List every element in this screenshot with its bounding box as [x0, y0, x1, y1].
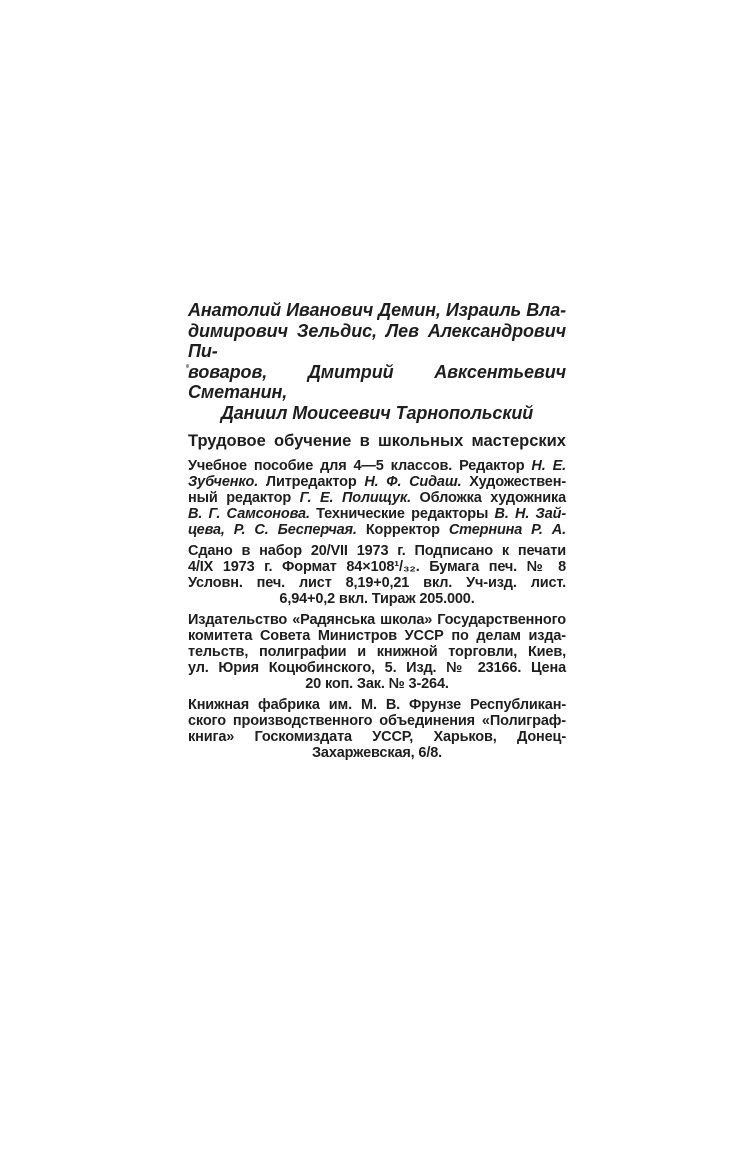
text-segment: Издательство «Радянська школа» Государст… — [188, 612, 566, 628]
italic-name-text: Г. Е. Полищук. — [300, 490, 411, 506]
title-word: обучение — [274, 432, 351, 450]
text-line: Трудовоеобучениевшкольныхмастерских — [188, 432, 566, 450]
edition-editors-paragraph: Учебное пособие для 4—5 классов. Редакто… — [188, 458, 566, 538]
print-data-paragraph: Сдано в набор 20/VII 1973 г. Подписано к… — [188, 543, 566, 607]
text-segment: Захаржевская, 6/8. — [312, 745, 442, 761]
text-segment: 20 коп. Зак. № 3-264. — [305, 676, 449, 692]
text-line: Учебное пособие для 4—5 классов. Редакто… — [188, 458, 566, 474]
text-segment: книга» Госкомиздата УССР, Харьков, Донец… — [188, 729, 566, 745]
italic-name-text: Н. Е. — [531, 458, 566, 474]
text-segment: Технические редакторы — [310, 506, 495, 522]
authors-paragraph: Анатолий Иванович Демин, Израиль Вла-дим… — [188, 300, 566, 423]
italic-name-text: цева, Р. С. Бесперчая. — [188, 522, 357, 538]
text-segment: Художествен- — [461, 474, 566, 490]
text-segment: Учебное пособие для 4—5 классов. Редакто… — [188, 458, 531, 474]
italic-name-text: В. Н. Зай- — [495, 506, 566, 522]
text-segment: ского производственного объединения «Пол… — [188, 713, 566, 729]
text-line: Сдано в набор 20/VII 1973 г. Подписано к… — [188, 543, 566, 559]
text-line: Анатолий Иванович Демин, Израиль Вла- — [188, 300, 566, 321]
text-line: книга» Госкомиздата УССР, Харьков, Донец… — [188, 729, 566, 745]
text-segment: Сдано в набор 20/VII 1973 г. Подписано к… — [188, 543, 566, 559]
book-title: Трудовоеобучениевшкольныхмастерских — [188, 432, 566, 450]
text-segment: Обложка художника — [411, 490, 566, 506]
text-line: Даниил Моисеевич Тарнопольский — [188, 403, 566, 424]
text-line: Захаржевская, 6/8. — [188, 745, 566, 761]
title-word: мастерских — [472, 432, 566, 450]
text-line: воваров, Дмитрий Авксентьевич Сметанин, — [188, 362, 566, 403]
text-segment: ул. Юрия Коцюбинского, 5. Изд. № 23166. … — [188, 660, 566, 676]
printing-factory-paragraph: Книжная фабрика им. М. В. Фрунзе Республ… — [188, 697, 566, 761]
title-word: школьных — [378, 432, 463, 450]
text-line: 4/IX 1973 г. Формат 84×108¹/₃₂. Бумага п… — [188, 559, 566, 575]
text-segment: 6,94+0,2 вкл. Тираж 205.000. — [279, 591, 474, 607]
text-segment: Условн. печ. лист 8,19+0,21 вкл. Уч-изд.… — [188, 575, 566, 591]
text-line: димирович Зельдис, Лев Александрович Пи- — [188, 321, 566, 362]
text-segment: комитета Совета Министров УССР по делам … — [188, 628, 566, 644]
text-line: Условн. печ. лист 8,19+0,21 вкл. Уч-изд.… — [188, 575, 566, 591]
text-line: 6,94+0,2 вкл. Тираж 205.000. — [188, 591, 566, 607]
text-line: 20 коп. Зак. № 3-264. — [188, 676, 566, 692]
text-segment: тельств, полиграфии и книжной торговли, … — [188, 644, 566, 660]
text-segment: 4/IX 1973 г. Формат 84×108¹/₃₂. Бумага п… — [188, 559, 566, 575]
text-line: Зубченко. Литредактор Н. Ф. Сидаш. Худож… — [188, 474, 566, 490]
italic-name-text: Зубченко. — [188, 474, 258, 490]
imprint-block: Анатолий Иванович Демин, Израиль Вла-дим… — [188, 300, 566, 761]
text-segment: Даниил Моисеевич Тарнопольский — [221, 403, 533, 423]
text-line: В. Г. Самсонова. Технические редакторы В… — [188, 506, 566, 522]
text-segment: димирович Зельдис, Лев Александрович Пи- — [188, 321, 566, 362]
italic-name-text: Стернина Р. А. — [449, 522, 566, 538]
text-line: Издательство «Радянська школа» Государст… — [188, 612, 566, 628]
text-line: комитета Совета Министров УССР по делам … — [188, 628, 566, 644]
text-segment: ный редактор — [188, 490, 300, 506]
text-line: ул. Юрия Коцюбинского, 5. Изд. № 23166. … — [188, 660, 566, 676]
text-segment: Книжная фабрика им. М. В. Фрунзе Республ… — [188, 697, 566, 713]
text-line: цева, Р. С. Бесперчая. Корректор Стернин… — [188, 522, 566, 538]
title-word: Трудовое — [188, 432, 266, 450]
text-segment: Анатолий Иванович Демин, Израиль Вла- — [188, 300, 566, 320]
book-page: Анатолий Иванович Демин, Израиль Вла-дим… — [0, 0, 750, 1175]
title-word: в — [360, 432, 370, 450]
text-segment: Литредактор — [258, 474, 364, 490]
text-line: Книжная фабрика им. М. В. Фрунзе Республ… — [188, 697, 566, 713]
text-segment: воваров, Дмитрий Авксентьевич Сметанин, — [188, 362, 566, 403]
text-line: тельств, полиграфии и книжной торговли, … — [188, 644, 566, 660]
text-segment: Корректор — [357, 522, 449, 538]
italic-name-text: В. Г. Самсонова. — [188, 506, 310, 522]
text-line: ный редактор Г. Е. Полищук. Обложка худо… — [188, 490, 566, 506]
text-line: ского производственного объединения «Пол… — [188, 713, 566, 729]
italic-name-text: Н. Ф. Сидаш. — [364, 474, 461, 490]
publisher-paragraph: Издательство «Радянська школа» Государст… — [188, 612, 566, 692]
